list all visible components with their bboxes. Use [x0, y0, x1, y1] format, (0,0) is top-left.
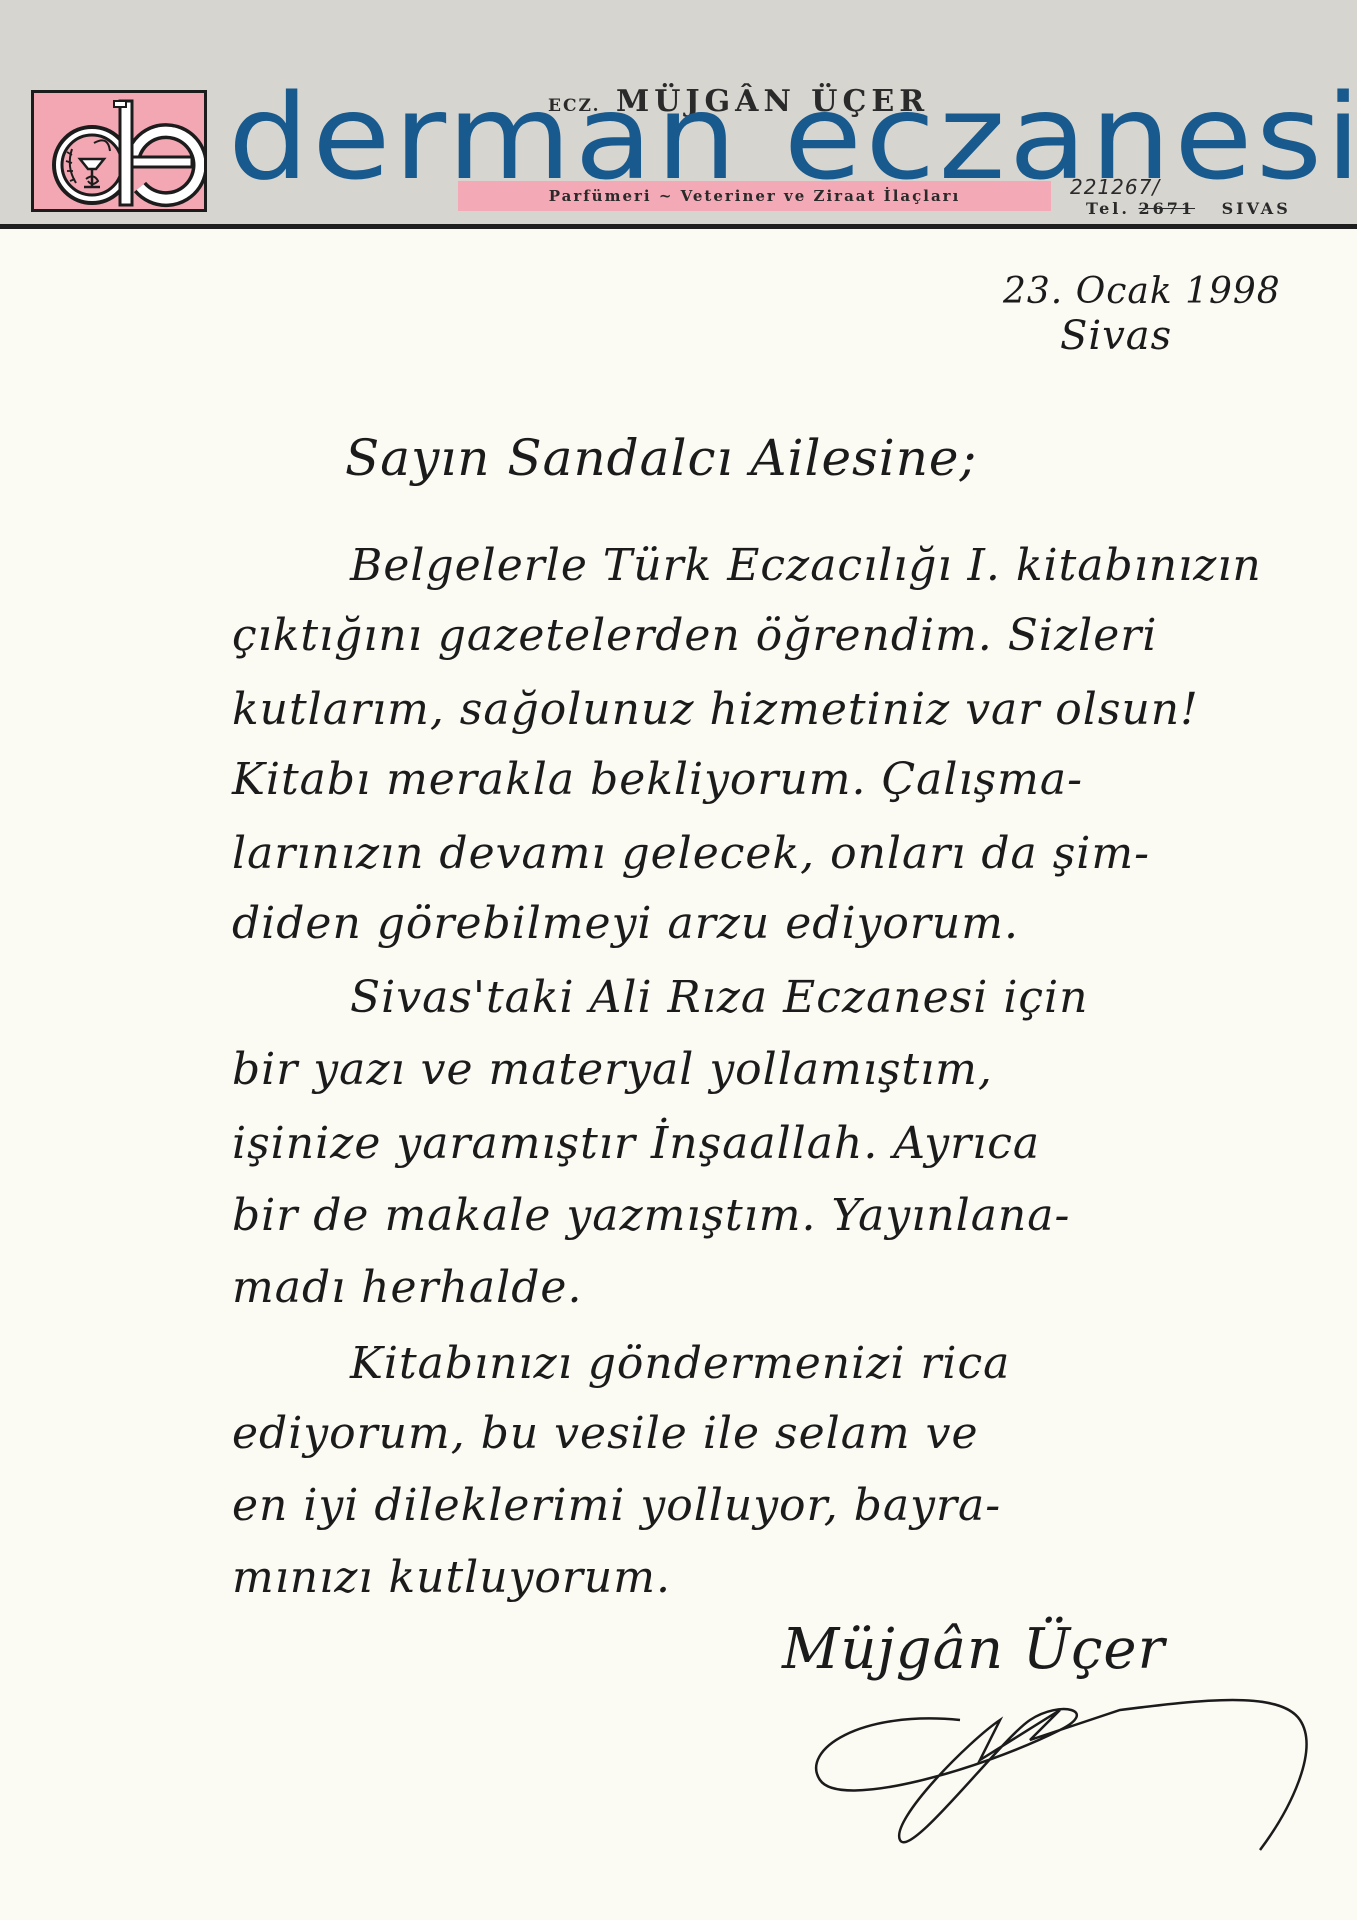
body-line: en iyi dileklerimi yolluyor, bayra-: [232, 1476, 1001, 1536]
body-line: çıktığını gazetelerden öğrendim. Sizleri: [232, 606, 1157, 666]
phone-old-number: 2671: [1138, 199, 1195, 218]
salutation: Sayın Sandalcı Ailesine;: [345, 428, 977, 488]
letter-place: Sivas: [1060, 306, 1172, 366]
body-line: bir de makale yazmıştım. Yayınlana-: [232, 1186, 1070, 1246]
tagline-banner: Parfümeri ~ Veteriner ve Ziraat İlaçları: [458, 181, 1051, 211]
phone-line: Tel. 2671 SIVAS: [1086, 199, 1291, 218]
body-line: diden görebilmeyi arzu ediyorum.: [232, 894, 1019, 954]
letterhead-rule: [0, 224, 1357, 229]
letterhead-band: ECZ. MÜJGÂN ÜÇER derman eczanesi Parfüme…: [0, 0, 1357, 226]
body-line: Belgelerle Türk Eczacılığı I. kitabınızı…: [350, 536, 1262, 596]
phone-handwritten: 221267/: [1070, 175, 1160, 199]
body-line: Sivas'taki Ali Rıza Eczanesi için: [350, 968, 1088, 1028]
body-line: kutlarım, sağolunuz hizmetiniz var olsun…: [232, 680, 1199, 740]
pharmacy-cup-and-snake-icon: [34, 93, 204, 209]
body-line: işinize yaramıştır İnşaallah. Ayrıca: [232, 1114, 1040, 1174]
body-line: madı herhalde.: [232, 1258, 582, 1318]
city-name: SIVAS: [1222, 199, 1291, 218]
body-line: mınızı kutluyorum.: [232, 1548, 671, 1608]
handwritten-signature-icon: [800, 1680, 1340, 1900]
body-line: Kitabı merakla bekliyorum. Çalışma-: [232, 750, 1083, 810]
body-line: Kitabınızı göndermenizi rica: [350, 1334, 1010, 1394]
signature-name: Müjgân Üçer: [782, 1620, 1165, 1680]
body-line: larınızın devamı gelecek, onları da şim-: [232, 824, 1150, 884]
pharmacy-logo: [31, 90, 207, 212]
phone-label: Tel.: [1086, 199, 1130, 218]
brand-name: derman eczanesi: [228, 78, 1357, 196]
body-line: ediyorum, bu vesile ile selam ve: [232, 1404, 979, 1464]
body-line: bir yazı ve materyal yollamıştım,: [232, 1040, 993, 1100]
tagline-text: Parfümeri ~ Veteriner ve Ziraat İlaçları: [549, 187, 961, 205]
